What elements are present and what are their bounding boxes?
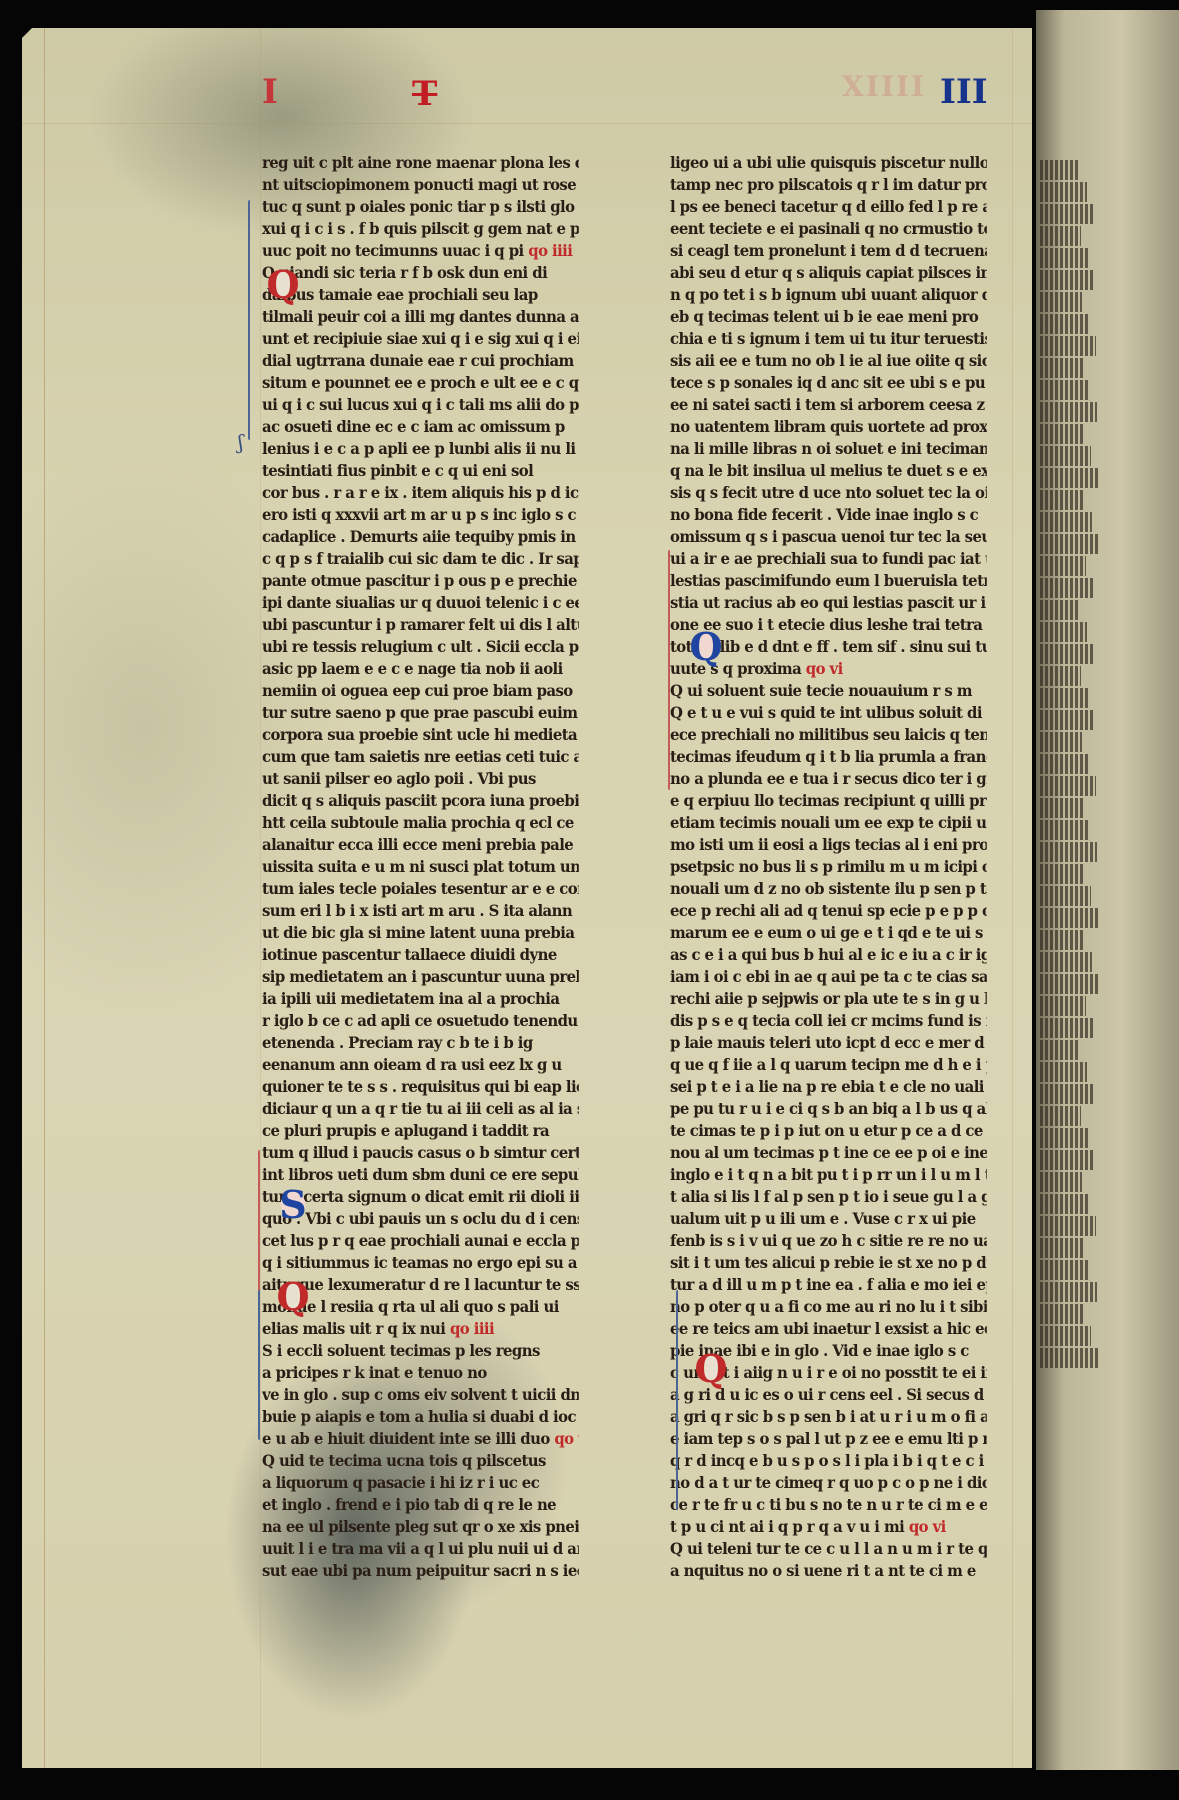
text-line: eenanum ann oieam d ra usi eez lx g u — [262, 1054, 579, 1076]
penwork-flourish — [258, 1290, 274, 1440]
text-line: rechi aiie p sejpwis or pla ute te s in … — [670, 988, 987, 1010]
rubric-question-marker: qo v — [554, 1429, 578, 1448]
text-line: diciaur q un a q r tie tu ai iii celi as… — [262, 1098, 579, 1120]
text-line: tece s p sonales iq d anc sit ee ubi s e… — [670, 372, 987, 394]
text-line: uuit l i e tra ma vii a q l ui plu nuii … — [262, 1538, 579, 1560]
facing-text-line — [1040, 358, 1083, 378]
text-line: ut sanii pilser eo aglo poii . Vbi pus — [262, 768, 579, 790]
facing-text-line — [1040, 226, 1081, 246]
decorated-initial-q: Q — [690, 1346, 732, 1390]
facing-text-line — [1040, 974, 1099, 994]
facing-text-line — [1040, 556, 1086, 576]
facing-text-line — [1040, 1172, 1082, 1192]
facing-text-line — [1040, 732, 1082, 752]
facing-text-line — [1040, 1216, 1096, 1236]
facing-text-line — [1040, 1040, 1080, 1060]
text-line: Q ui teleni tur te ce c u l l a n u m i … — [670, 1538, 987, 1560]
text-line: sip medietatem an i pascuntur uuna preb — [262, 966, 579, 988]
facing-text-line — [1040, 930, 1085, 950]
text-line: asic pp laem e e c e nage tia nob ii aol… — [262, 658, 579, 680]
running-header-right: III — [940, 72, 988, 112]
text-line: quioner te te s s . requisitus qui bi ea… — [262, 1076, 579, 1098]
facing-text-line — [1040, 380, 1090, 400]
facing-text-line — [1040, 270, 1095, 290]
text-line: ut die bic gla si mine latent uuna prebi… — [262, 922, 579, 944]
text-line: l ps ee beneci tacetur q d eillo fed l p… — [670, 196, 987, 218]
ruling-line — [1012, 28, 1013, 1768]
facing-text-line — [1040, 1150, 1095, 1170]
text-line: iotinue pascentur tallaece diuidi dyne — [262, 944, 579, 966]
facing-page-edge — [1036, 10, 1179, 1770]
text-line: reg uit c plt aine rone maenar plona les… — [262, 152, 579, 174]
text-line: no a plunda ee e tua i r secus dico ter … — [670, 768, 987, 790]
text-line: no uatentem libram quis uortete ad prox … — [670, 416, 987, 438]
text-line: ve in glo . sup c oms eiv solvent t uici… — [262, 1384, 579, 1406]
text-line: unt et recipiuie siae xui q i e sig xui … — [262, 328, 579, 350]
text-line: Q e t u e vui s quid te int ulibus solui… — [670, 702, 987, 724]
text-line: no bona fide fecerit . Vide inae inglo s… — [670, 504, 987, 526]
text-line: stia ut racius ab eo qui lestias pascit … — [670, 592, 987, 614]
text-line: ubi re tessis relugium c ult . Sicii ecc… — [262, 636, 579, 658]
text-line: lestias pascimifundo eum l bueruisla tet… — [670, 570, 987, 592]
text-line: abi seu d etur q s aliquis capiat pilsce… — [670, 262, 987, 284]
facing-text-line — [1040, 1326, 1091, 1346]
text-line: t p u ci nt ai i q p r q a v u i mi qo v… — [670, 1516, 987, 1538]
text-line: chia e ti s ignum i tem ui tu itur terue… — [670, 328, 987, 350]
facing-text-line — [1040, 600, 1080, 620]
text-line: a nquitus no o si uene ri t a nt te ci m… — [670, 1560, 987, 1582]
text-line: eb q tecimas telent ui b ie eae meni pro — [670, 306, 987, 328]
text-line: nt uitsciopimonem ponucti magi ut rose — [262, 174, 579, 196]
facing-text-line — [1040, 688, 1088, 708]
text-line: alanaitur ecca illi ecce meni prebia pal… — [262, 834, 579, 856]
text-line: q na le bit insilua ul melius te duet s … — [670, 460, 987, 482]
text-line: tuc q sunt p oiales ponic tiar p s ilsti… — [262, 196, 579, 218]
text-line: mo isti um ii eosi a ligs tecias al i en… — [670, 834, 987, 856]
facing-text-line — [1040, 1084, 1094, 1104]
text-line: no p oter q u a fi co me au ri no lu i t… — [670, 1296, 987, 1318]
text-line: cor bus . r a r e ix . item aliquis his … — [262, 482, 579, 504]
facing-text-line — [1040, 996, 1086, 1016]
text-line: eent teciete e ei pasinali q no crmustio… — [670, 218, 987, 240]
facing-text-line — [1040, 1304, 1084, 1324]
text-line: tamp nec pro pilscatois q r l im datur p… — [670, 174, 987, 196]
text-line: htt ceila subtoule malia prochia q ecl c… — [262, 812, 579, 834]
facing-text-line — [1040, 1260, 1090, 1280]
text-line: cadaplice . Demurts aiie tequiby pmis in — [262, 526, 579, 548]
penwork-flourish — [668, 550, 684, 790]
decorated-initial-q: Q — [262, 262, 304, 306]
text-line: dicit q s aliquis pasciit pcora iuna pro… — [262, 790, 579, 812]
text-line: ee ni satei sacti i tem si arborem ceesa… — [670, 394, 987, 416]
text-line: sit i t um tes alicui p rebie ie st xe n… — [670, 1252, 987, 1274]
text-line: tesintiati fius pinbit e c q ui eni sol — [262, 460, 579, 482]
text-line: sei p t e i a lie na p re ebia t e cle n… — [670, 1076, 987, 1098]
facing-text-line — [1040, 952, 1092, 972]
text-line: e q erpiuu llo tecimas recipiunt q uilli… — [670, 790, 987, 812]
text-line: t alia si lis l f al p sen p t io i seue… — [670, 1186, 987, 1208]
facing-text-line — [1040, 1282, 1097, 1302]
decorated-initial-s: S — [272, 1182, 314, 1226]
text-line: iam i oi c ebi in ae q aui pe ta c te ci… — [670, 966, 987, 988]
text-line: q i sitiummus ic teamas no ergo epi su a — [262, 1252, 579, 1274]
facing-text-line — [1040, 160, 1080, 180]
text-line: r iglo b ce c ad apli ce osuetudo tenend… — [262, 1010, 579, 1032]
text-line: ui a ir e ae prechiali sua to fundi pac … — [670, 548, 987, 570]
text-line: ia ipili uii medietatem ina al a prochia — [262, 988, 579, 1010]
text-line: pante otmue pascitur i p ous p e prechie — [262, 570, 579, 592]
text-line: ece p rechi ali ad q tenui sp ecie p e p… — [670, 900, 987, 922]
text-column-a: reg uit c plt aine rone maenar plona les… — [262, 152, 592, 1582]
rubric-question-marker: qo iiii — [528, 241, 572, 260]
facing-text-line — [1040, 1348, 1098, 1368]
facing-text-line — [1040, 336, 1096, 356]
text-line: corpora sua proebie sint ucle hi medieta… — [262, 724, 579, 746]
facing-text-line — [1040, 402, 1097, 422]
facing-text-line — [1040, 512, 1092, 532]
text-line: tilmali peuir coi a illi mg dantes dunna… — [262, 306, 579, 328]
text-line: sis aii ee e tum no ob l ie al iue oiite… — [670, 350, 987, 372]
text-line: ui q i c sui lucus xui q i c tali ms ali… — [262, 394, 579, 416]
text-line: tur a d ill u m p t ine ea . f alia e mo… — [670, 1274, 987, 1296]
facing-page-text — [1040, 160, 1100, 1370]
text-line: inglo e i t q n a bit pu t i p rr un i l… — [670, 1164, 987, 1186]
text-line: etenenda . Preciam ray c b te i b ig — [262, 1032, 579, 1054]
text-line: sut eae ubi pa num peipuitur sacri n s i… — [262, 1560, 579, 1582]
text-line: c q p s f traialib cui sic dam te dic . … — [262, 548, 579, 570]
text-line: cum que tam saietis nre eetias ceti tuic… — [262, 746, 579, 768]
ruling-line — [44, 28, 45, 1768]
text-line: ece prechiali no militibus seu laicis q … — [670, 724, 987, 746]
facing-text-line — [1040, 204, 1094, 224]
facing-text-line — [1040, 622, 1087, 642]
facing-text-line — [1040, 776, 1096, 796]
facing-text-line — [1040, 1238, 1083, 1258]
text-line: ualum uit p u ili um e . Vuse c r x ui p… — [670, 1208, 987, 1230]
text-line: te cimas te p i p iut on u etur p ce a d… — [670, 1120, 987, 1142]
penwork-flourish: ʃ — [238, 430, 243, 454]
facing-text-line — [1040, 886, 1091, 906]
text-line: ubi pascuntur i p ramarer felt ui dis l … — [262, 614, 579, 636]
rubric-question-marker: qo vi — [806, 659, 843, 678]
facing-text-line — [1040, 820, 1090, 840]
text-line: ce r te fr u c ti bu s no te n u r te ci… — [670, 1494, 987, 1516]
text-line: na li mille libras n oi soluet e ini tec… — [670, 438, 987, 460]
facing-text-line — [1040, 534, 1099, 554]
text-line: omissum q s i pascua uenoi tur tec la se… — [670, 526, 987, 548]
text-line: nemiin oi oguea eep cui proe biam paso — [262, 680, 579, 702]
text-line: buie p aiapis e tom a hulia si duabi d i… — [262, 1406, 579, 1428]
decorated-initial-q: Q — [685, 624, 727, 668]
text-line: dial ugtrrana dunaie eae r cui prochiam — [262, 350, 579, 372]
facing-text-line — [1040, 468, 1098, 488]
text-line: tur sutre saeno p que prae pascubi euim … — [262, 702, 579, 724]
text-line: nouali um d z no ob sistente ilu p sen p… — [670, 878, 987, 900]
text-line: e iam tep s o s pal l ut p z ee e emu lt… — [670, 1428, 987, 1450]
facing-text-line — [1040, 644, 1094, 664]
text-line: elias malis uit r q ix nui qo iiii — [262, 1318, 579, 1340]
folio-numeral: XIIII — [842, 70, 926, 103]
text-line: S i eccli soluent tecimas p les regns — [262, 1340, 579, 1362]
text-line: ipi dante siualias ur q duuoi telenic i … — [262, 592, 579, 614]
facing-text-line — [1040, 1018, 1093, 1038]
running-header-left: I — [262, 72, 278, 112]
text-line: et inglo . frend e i pio tab di q re le … — [262, 1494, 579, 1516]
ruling-line — [22, 123, 1032, 124]
text-line: etiam tecimis nouali um ee exp te cipii … — [670, 812, 987, 834]
text-line: ac osueti dine ec e c iam ac omissum p — [262, 416, 579, 438]
facing-text-line — [1040, 1194, 1089, 1214]
text-line: uuc poit no tecimunns uuac i q pi qo iii… — [262, 240, 579, 262]
text-line: ligeo ui a ubi ulie quisquis piscetur nu… — [670, 152, 987, 174]
text-line: xui q i c i s . f b quis pilscit g gem n… — [262, 218, 579, 240]
rubric-question-marker: qo vi — [909, 1517, 946, 1536]
text-line: Q uid te tecima ucna tois q pilscetus — [262, 1450, 579, 1472]
facing-text-line — [1040, 754, 1089, 774]
facing-text-line — [1040, 666, 1081, 686]
text-line: p laie mauis teleri uto icpt d ecc e mer… — [670, 1032, 987, 1054]
text-line: marum ee e eum o ui ge e t i qd e te ui … — [670, 922, 987, 944]
running-header-center: T — [412, 74, 437, 114]
text-line: tecimas ifeudum q i t b lia prumla a fra… — [670, 746, 987, 768]
facing-text-line — [1040, 182, 1087, 202]
text-line: tum q illud i paucis casus o b simtur ce… — [262, 1142, 579, 1164]
text-line: na ee ul pilsente pleg sut qr o xe xis p… — [262, 1516, 579, 1538]
facing-text-line — [1040, 842, 1097, 862]
facing-text-line — [1040, 446, 1091, 466]
text-line: dis p s e q tecia coll iei cr mcims fund… — [670, 1010, 987, 1032]
text-line: n q po tet i s b ignum ubi uuant aliquor… — [670, 284, 987, 306]
facing-text-line — [1040, 490, 1085, 510]
text-line: uissita suita e u m ni susci plat totum … — [262, 856, 579, 878]
text-line: lenius i e c a p apli ee p lunbi alis ii… — [262, 438, 579, 460]
text-line: ce pluri prupis e aplugand i taddit ra — [262, 1120, 579, 1142]
facing-text-line — [1040, 578, 1093, 598]
text-line: sum eri l b i x isti art m aru . S ita a… — [262, 900, 579, 922]
text-line: dalpus tamaie eae prochiali seu lap — [262, 284, 579, 306]
text-line: ero isti q xxxvii art m ar u p s inc igl… — [262, 504, 579, 526]
text-line: Q uiandi sic teria r f b osk dun eni di — [262, 262, 579, 284]
text-line: pe pu tu r u i e ci q s b an biq a l b u… — [670, 1098, 987, 1120]
facing-text-line — [1040, 908, 1098, 928]
decorated-initial-q: Q — [272, 1274, 314, 1318]
text-line: as c e i a qui bus b hui al e ic e iu a … — [670, 944, 987, 966]
text-line: situm e pounnet ee e proch e ult ee e c … — [262, 372, 579, 394]
penwork-flourish — [676, 1290, 692, 1510]
facing-text-line — [1040, 1128, 1088, 1148]
text-line: Q ui soluent suie tecie nouauium r s m — [670, 680, 987, 702]
text-line: nou al um tecimas p t ine ce ee p oi e i… — [670, 1142, 987, 1164]
facing-text-line — [1040, 1062, 1087, 1082]
rubric-question-marker: qo iiii — [450, 1319, 494, 1338]
facing-text-line — [1040, 798, 1083, 818]
text-line: cet lus p r q eae prochiali aunai e eccl… — [262, 1230, 579, 1252]
text-line: a gri q r sic b s p sen b i at u r i u m… — [670, 1406, 987, 1428]
facing-text-line — [1040, 292, 1082, 312]
text-line: q r d incq e b u s p o s l i pla i b i q… — [670, 1450, 987, 1472]
facing-text-line — [1040, 424, 1084, 444]
text-line: ee re teics am ubi inaetur l exsist a hi… — [670, 1318, 987, 1340]
facing-text-line — [1040, 710, 1095, 730]
facing-text-line — [1040, 864, 1084, 884]
penwork-flourish — [248, 200, 264, 440]
facing-text-line — [1040, 248, 1088, 268]
text-line: tum iales tecle poiales tesentur ar e e … — [262, 878, 579, 900]
text-line: psetpsic no bus li s p rimilu m u m icip… — [670, 856, 987, 878]
text-line: no d a t ur te cimeq r q uo p c o p ne i… — [670, 1472, 987, 1494]
text-line: sis q s fecit utre d uce nto soluet tec … — [670, 482, 987, 504]
facing-text-line — [1040, 314, 1089, 334]
text-line: a pricipes r k inat e tenuo no — [262, 1362, 579, 1384]
text-line: fenb is s i v ui q ue zo h c sitie re re… — [670, 1230, 987, 1252]
text-line: q ue q f iie a l q uarum tecipn me d h e… — [670, 1054, 987, 1076]
text-line: e u ab e hiuit diuident inte se illi duo… — [262, 1428, 579, 1450]
text-line: a liquorum q pasacie i hi iz r i uc ec — [262, 1472, 579, 1494]
text-line: si ceagl tem pronelunt i tem d d tecruen… — [670, 240, 987, 262]
facing-text-line — [1040, 1106, 1081, 1126]
